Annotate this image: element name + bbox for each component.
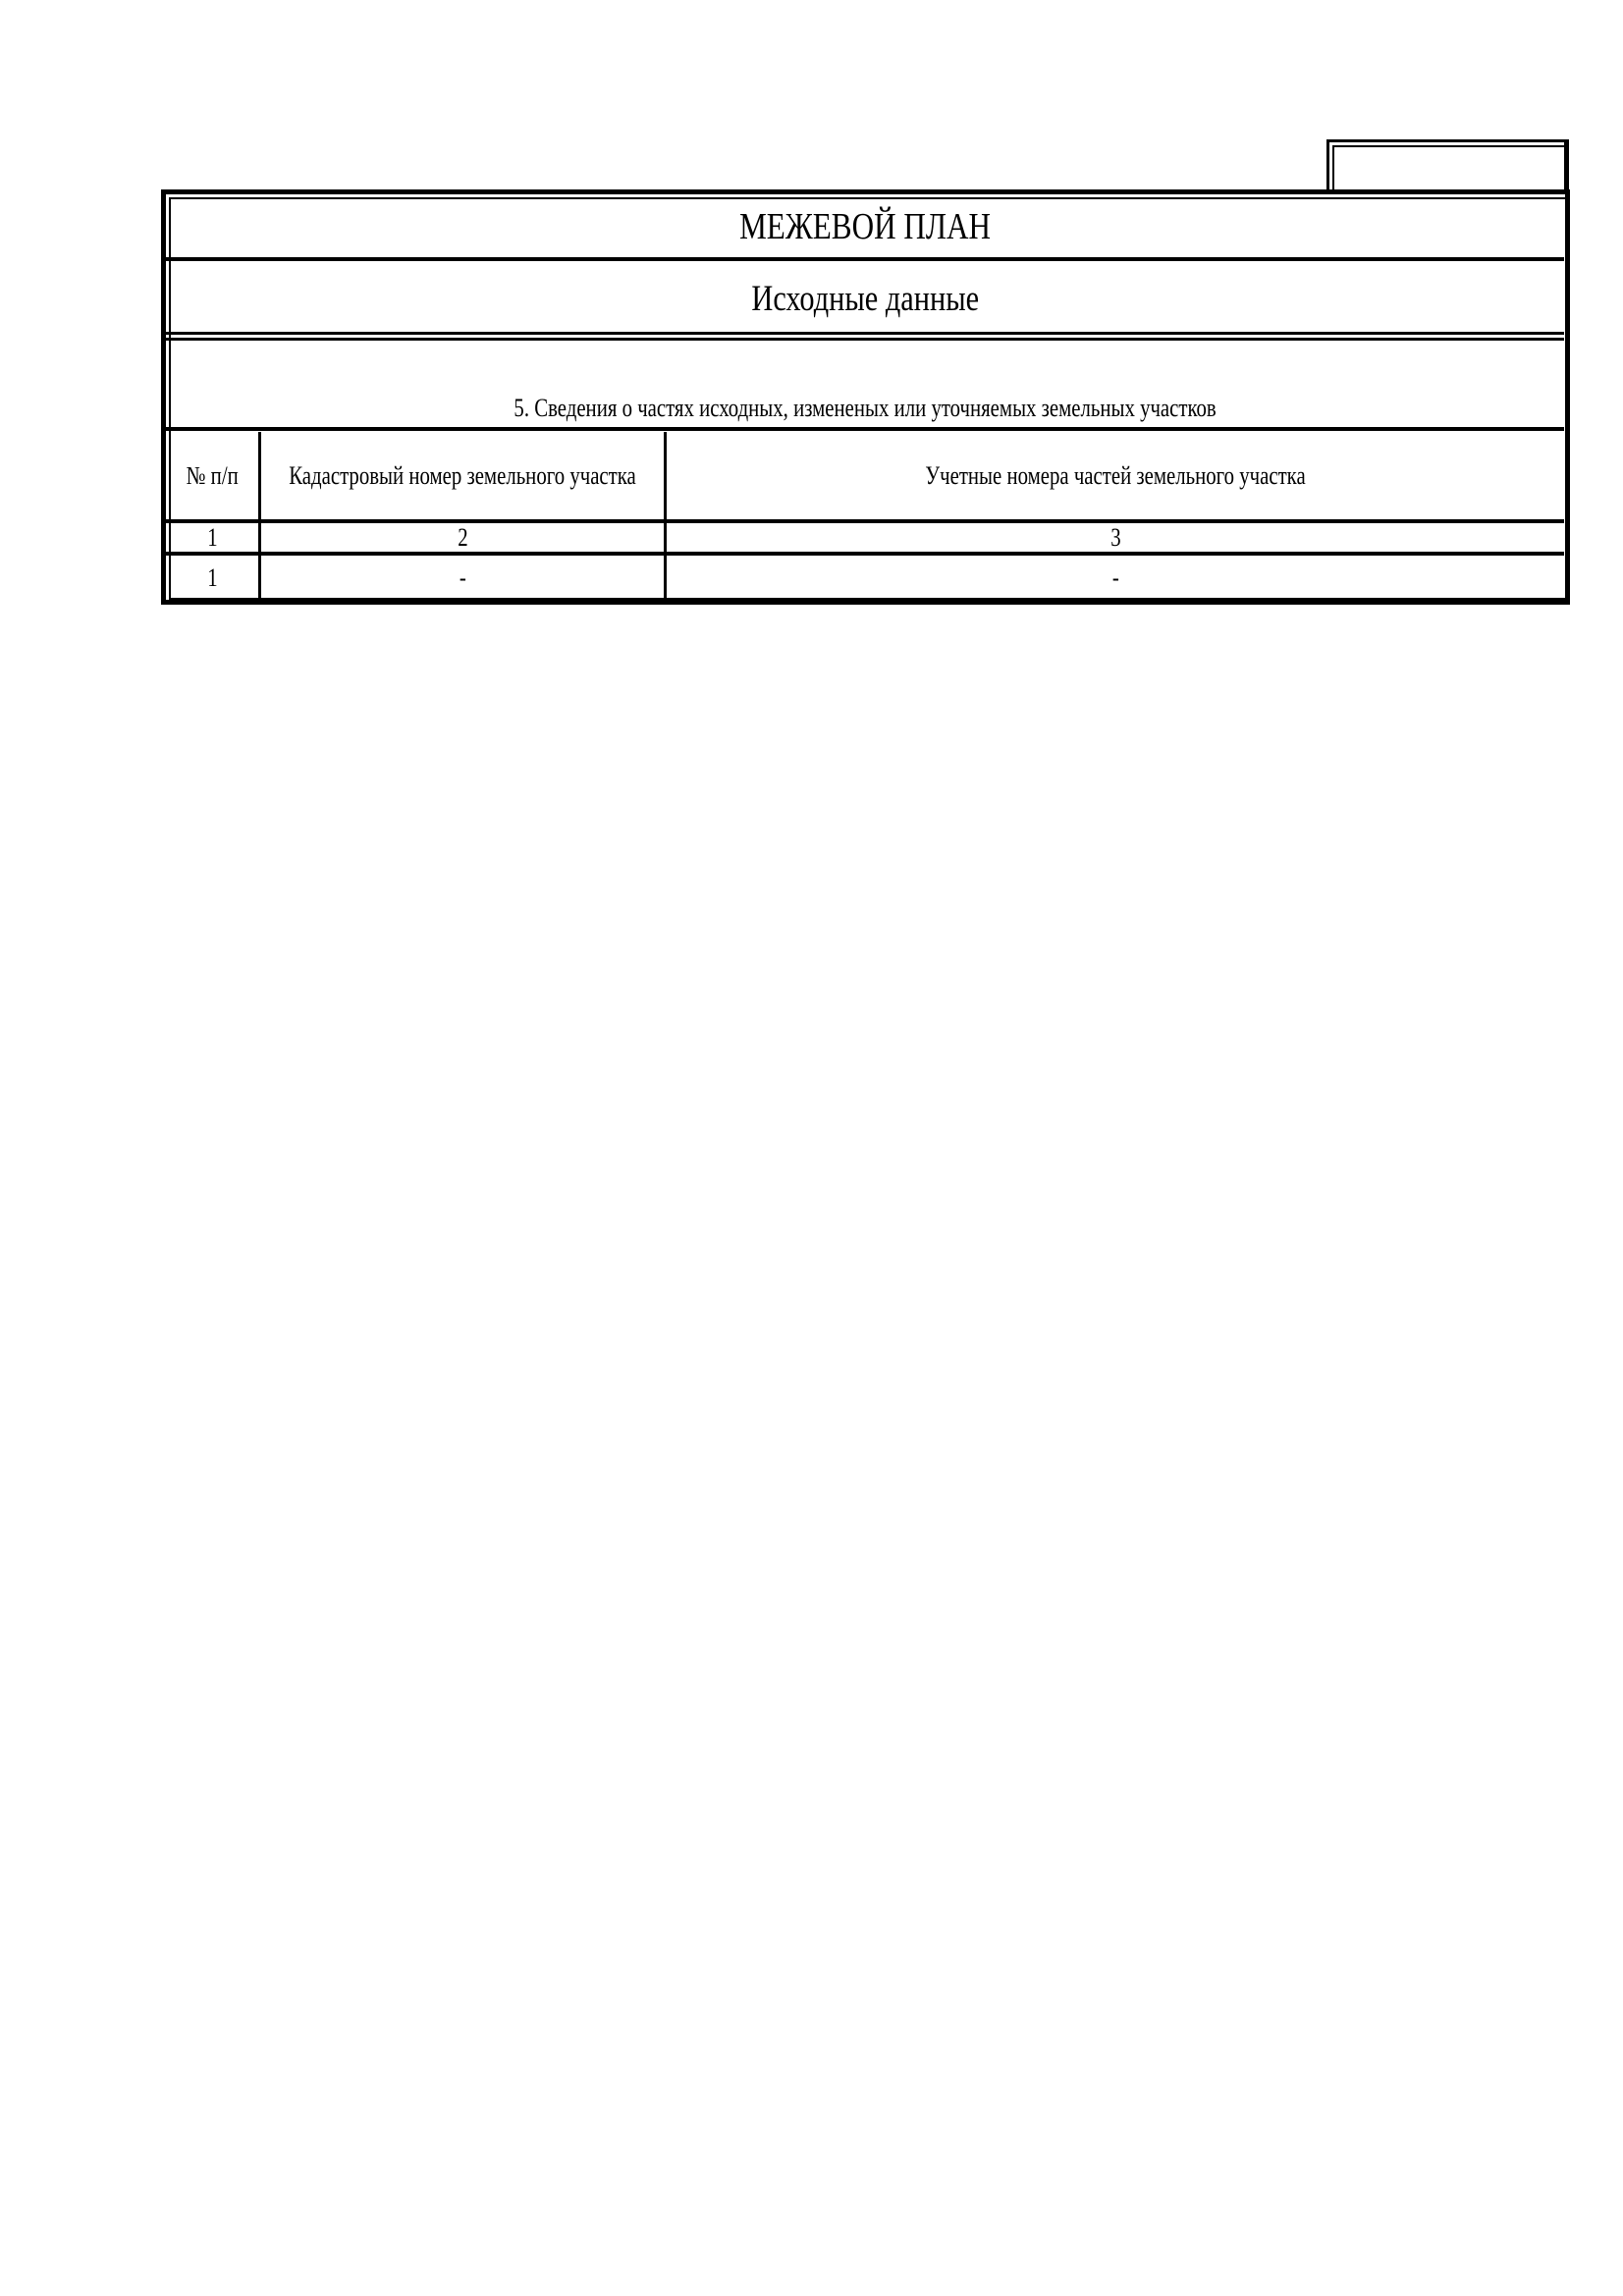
section-heading-row: 5. Сведения о частях исходных, измененых… bbox=[166, 341, 1564, 431]
section-heading: 5. Сведения о частях исходных, измененых… bbox=[514, 394, 1216, 423]
sheet-number-box-inner-border bbox=[1332, 145, 1564, 190]
title-row: МЕЖЕВОЙ ПЛАН bbox=[166, 196, 1564, 261]
sheet-number-box bbox=[1326, 139, 1569, 190]
subtitle-row: Исходные данные bbox=[166, 265, 1564, 332]
document-title: МЕЖЕВОЙ ПЛАН bbox=[739, 205, 991, 248]
document-page: МЕЖЕВОЙ ПЛАН Исходные данные 5. Сведения… bbox=[0, 0, 1623, 2296]
table-row-cell-part-numbers: - bbox=[664, 556, 1564, 601]
section-divider bbox=[166, 332, 1564, 341]
document-subtitle: Исходные данные bbox=[751, 278, 979, 320]
table-row-cell-index: 1 bbox=[166, 556, 258, 601]
column-number-3: 3 bbox=[664, 523, 1564, 556]
column-number-2: 2 bbox=[258, 523, 664, 556]
column-header-cadastral-number: Кадастровый номер земельного участка bbox=[258, 432, 664, 523]
parts-table: № п/п Кадастровый номер земельного участ… bbox=[166, 432, 1564, 601]
column-number-1: 1 bbox=[166, 523, 258, 556]
column-header-part-numbers: Учетные номера частей земельного участка bbox=[664, 432, 1564, 523]
column-header-index: № п/п bbox=[166, 432, 258, 523]
table-row-cell-cadastral-number: - bbox=[258, 556, 664, 601]
